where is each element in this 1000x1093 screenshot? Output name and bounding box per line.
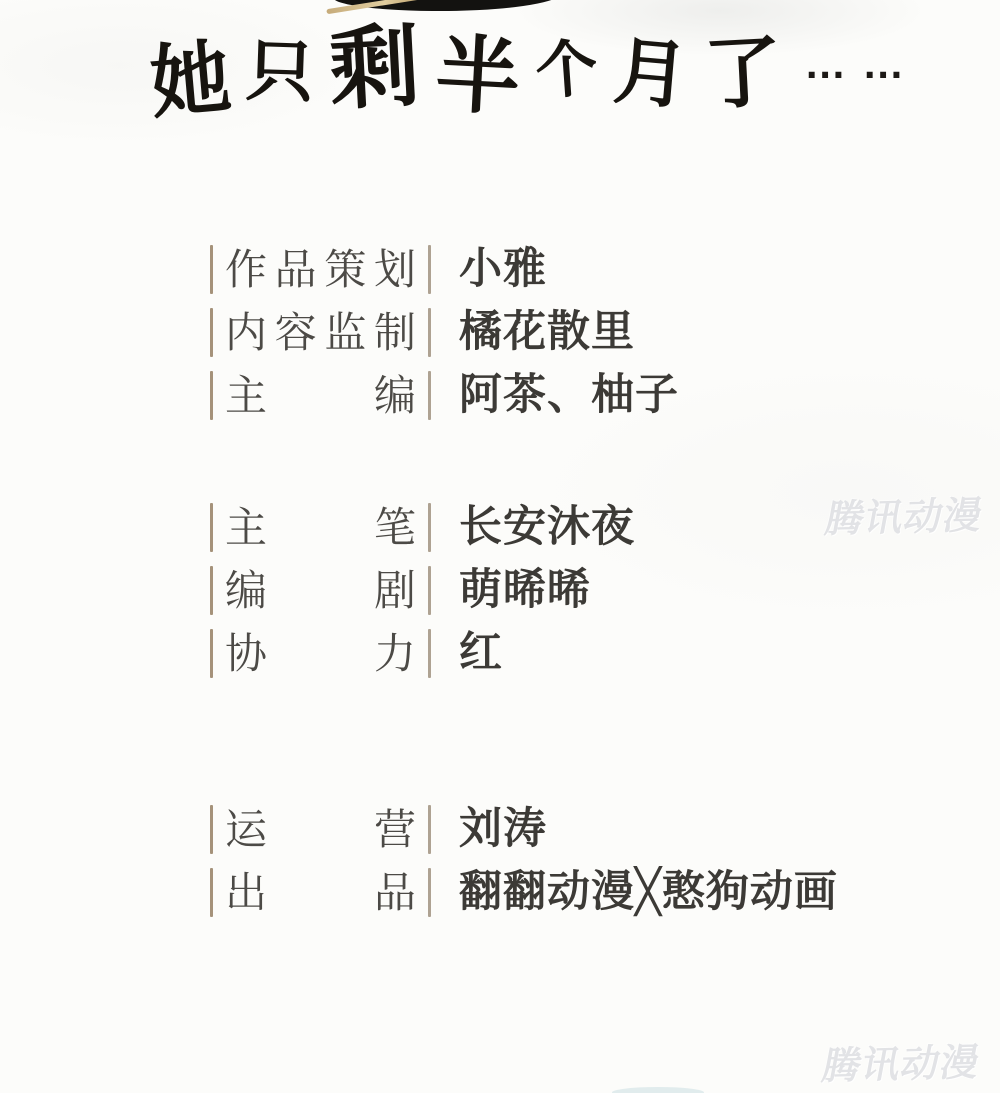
credit-row: 作品策划 小雅 (0, 238, 1000, 301)
divider-bar-icon (428, 868, 431, 917)
credit-name: 橘花散里 (459, 311, 635, 354)
credit-name: 小雅 (459, 248, 547, 291)
comic-credits-page: 她只剩半个月了 …… 作品策划 小雅 内容监制 橘花散里 主编 阿茶、柚子 (0, 0, 1000, 1093)
credits-list: 作品策划 小雅 内容监制 橘花散里 主编 阿茶、柚子 主笔 (0, 238, 1000, 924)
credits-group-planning: 作品策划 小雅 内容监制 橘花散里 主编 阿茶、柚子 (0, 238, 1000, 427)
credit-role: 作品策划 (213, 249, 428, 291)
credit-name: 翻翻动漫╳憨狗动画 (459, 871, 838, 914)
credit-role: 内容监制 (213, 312, 428, 354)
credit-row: 出品 翻翻动漫╳憨狗动画 (0, 861, 1000, 924)
credit-name: 刘涛 (459, 808, 547, 851)
divider-bar-icon (428, 805, 431, 854)
page-title: 她只剩半个月了 …… (150, 22, 920, 126)
divider-bar-icon (428, 245, 431, 294)
credit-row: 主编 阿茶、柚子 (0, 364, 1000, 427)
divider-bar-icon (428, 371, 431, 420)
divider-bar-icon (428, 503, 431, 552)
credit-name: 红 (459, 632, 503, 675)
credit-role: 主编 (213, 375, 428, 417)
divider-bar-icon (428, 566, 431, 615)
credit-row: 运营 刘涛 (0, 798, 1000, 861)
credit-row: 编剧 萌晞晞 (0, 559, 1000, 622)
credit-role: 运营 (213, 809, 428, 851)
title-ellipsis: …… (804, 40, 920, 88)
credit-role: 编剧 (213, 570, 428, 612)
credit-row: 内容监制 橘花散里 (0, 301, 1000, 364)
credit-row: 协力 红 (0, 622, 1000, 685)
credit-name: 长安沐夜 (459, 506, 635, 549)
next-panel-fragment (612, 1087, 704, 1093)
credit-name: 阿茶、柚子 (459, 374, 679, 417)
credit-role: 主笔 (213, 507, 428, 549)
divider-bar-icon (428, 308, 431, 357)
credit-role: 协力 (213, 633, 428, 675)
tencent-comics-watermark: 腾讯动漫 (818, 1031, 985, 1090)
credits-group-production: 运营 刘涛 出品 翻翻动漫╳憨狗动画 (0, 798, 1000, 924)
title-calligraphy: 她只剩半个月了 (150, 29, 782, 119)
divider-bar-icon (428, 629, 431, 678)
credit-name: 萌晞晞 (459, 569, 591, 612)
credit-role: 出品 (213, 872, 428, 914)
tencent-comics-watermark: 腾讯动漫 (821, 484, 988, 543)
